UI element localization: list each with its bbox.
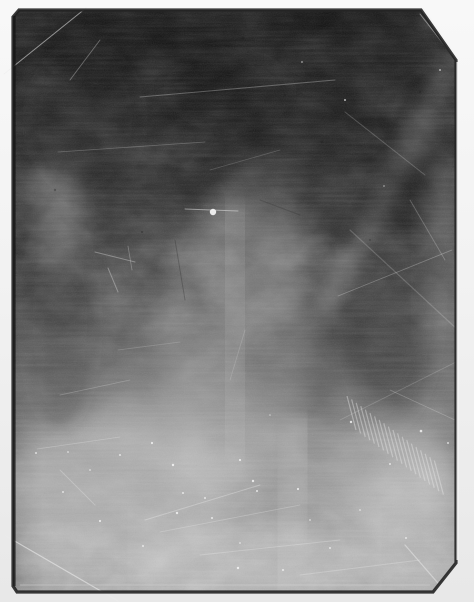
plate-surface	[0, 0, 474, 602]
film-grain	[0, 0, 474, 602]
daguerreotype-plate-image	[0, 0, 474, 602]
photo-backdrop	[0, 0, 474, 602]
